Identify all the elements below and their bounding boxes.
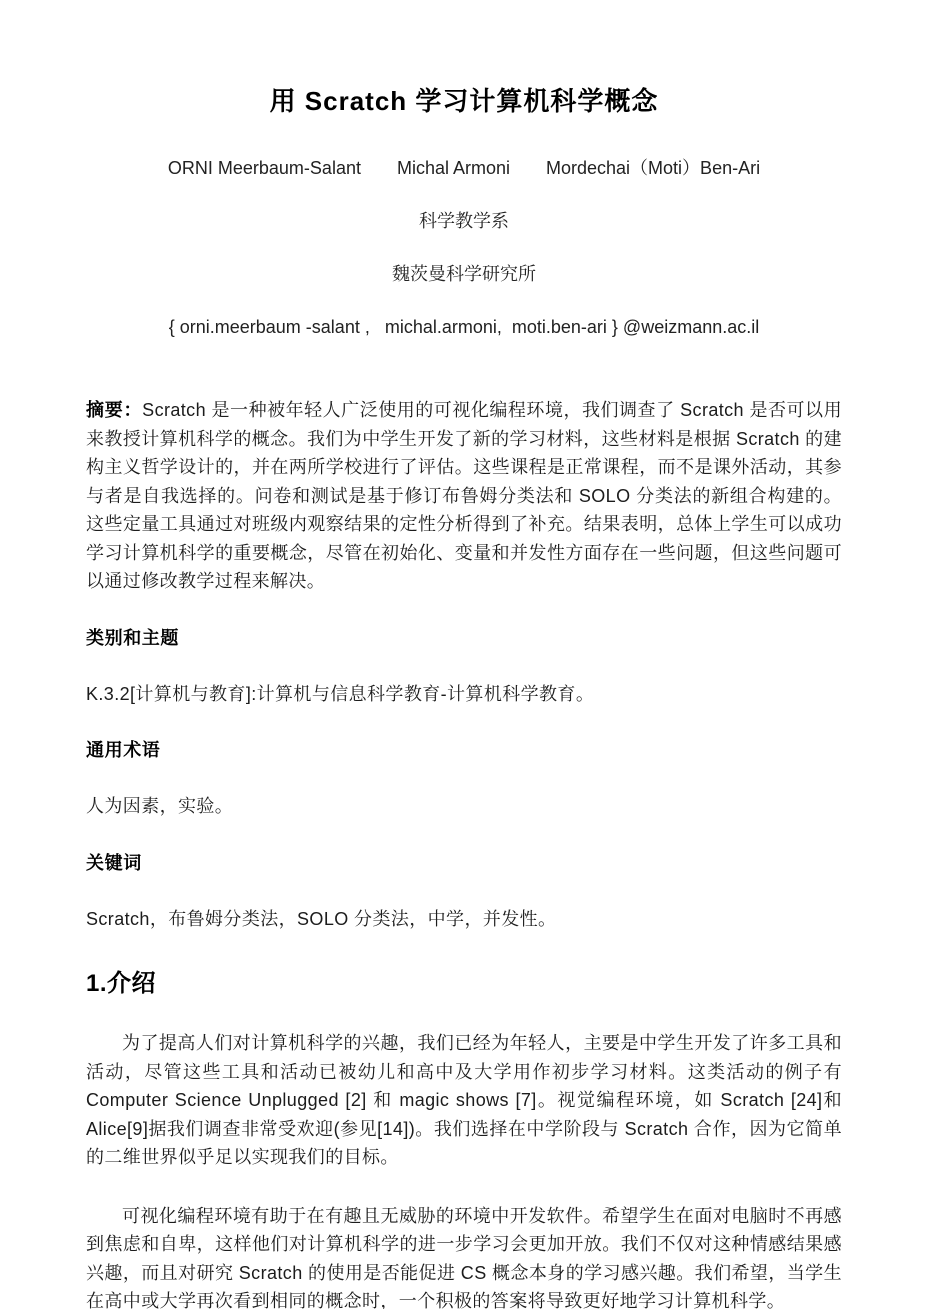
author-name-1: ORNI Meerbaum-Salant bbox=[168, 156, 361, 180]
document-page: 用 Scratch 学习计算机科学概念 ORNI Meerbaum-Salant… bbox=[0, 0, 926, 1309]
keywords-heading: 关键词 bbox=[86, 851, 842, 875]
introduction-heading: 1.介绍 bbox=[86, 969, 842, 999]
affiliation-department: 科学教学系 bbox=[86, 209, 842, 233]
abstract-paragraph: 摘要：Scratch 是一种被年轻人广泛使用的可视化编程环境，我们调查了 Scr… bbox=[86, 396, 842, 596]
categories-heading: 类别和主题 bbox=[86, 626, 842, 650]
author-name-2: Michal Armoni bbox=[397, 156, 510, 180]
general-terms-heading: 通用术语 bbox=[86, 738, 842, 762]
introduction-paragraph-1: 为了提高人们对计算机科学的兴趣，我们已经为年轻人，主要是中学生开发了许多工具和活… bbox=[86, 1029, 842, 1172]
paper-title: 用 Scratch 学习计算机科学概念 bbox=[86, 84, 842, 118]
keywords-text: Scratch，布鲁姆分类法，SOLO 分类法，中学，并发性。 bbox=[86, 905, 842, 934]
abstract-label: 摘要： bbox=[86, 400, 142, 420]
email-line: { orni.meerbaum -salant , michal.armoni,… bbox=[86, 315, 842, 339]
general-terms-text: 人为因素，实验。 bbox=[86, 792, 842, 821]
abstract-text: Scratch 是一种被年轻人广泛使用的可视化编程环境，我们调查了 Scratc… bbox=[86, 400, 842, 591]
categories-text: K.3.2[计算机与教育]:计算机与信息科学教育-计算机科学教育。 bbox=[86, 680, 842, 709]
introduction-paragraph-2: 可视化编程环境有助于在有趣且无威胁的环境中开发软件。希望学生在面对电脑时不再感到… bbox=[86, 1202, 842, 1309]
affiliation-institute: 魏茨曼科学研究所 bbox=[86, 262, 842, 286]
authors-line: ORNI Meerbaum-Salant Michal Armoni Morde… bbox=[86, 156, 842, 180]
author-name-3: Mordechai（Moti）Ben-Ari bbox=[546, 156, 760, 180]
